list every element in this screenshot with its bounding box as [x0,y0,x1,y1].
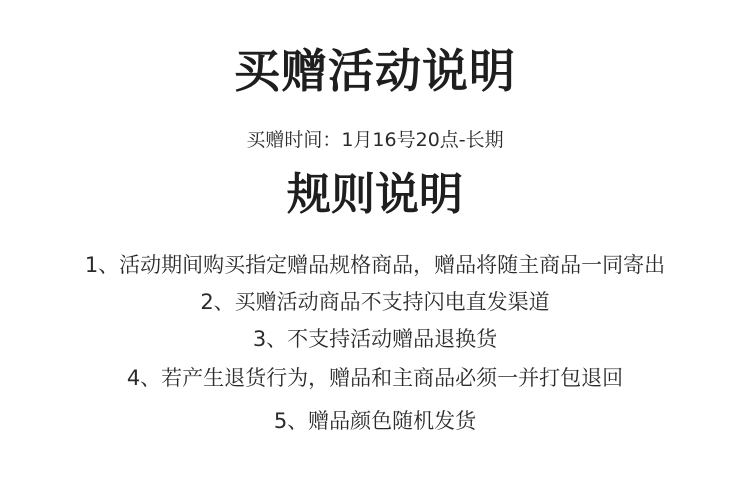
page-title: 买赠活动说明 [0,40,750,102]
rule-item: 1、活动期间购买指定赠品规格商品，赠品将随主商品一同寄出 [0,250,750,280]
rule-item: 5、赠品颜色随机发货 [0,406,750,436]
rule-item: 2、买赠活动商品不支持闪电直发渠道 [0,287,750,317]
rule-item: 3、不支持活动赠品退换货 [0,324,750,354]
rule-item: 4、若产生退货行为，赠品和主商品必须一并打包退回 [0,363,750,393]
rules-heading: 规则说明 [0,165,750,225]
promo-time: 买赠时间：1月16号20点-长期 [0,127,750,153]
